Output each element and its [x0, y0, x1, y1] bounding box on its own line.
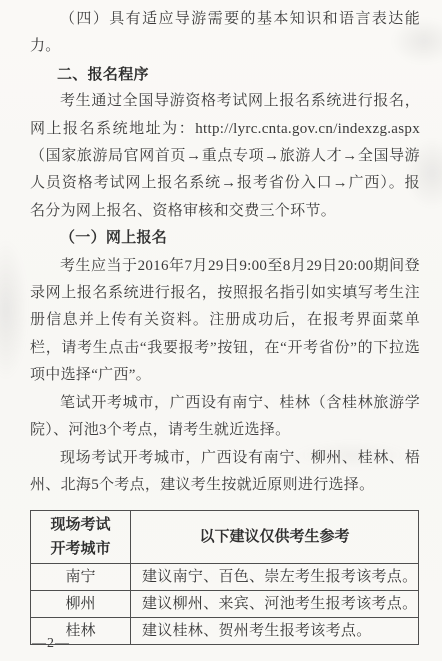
scanned-document-page: （四）具有适应导游需要的基本知识和语言表达能力。 二、报名程序 考生通过全国导游… [0, 0, 442, 661]
paragraph-field-exam-cities: 现场考试开考城市，广西设有南宁、柳州、桂林、梧州、北海5个考点，建议考生按就近原… [30, 445, 420, 500]
table-row: 柳州 建议柳州、来宾、河池考生报考该考点。 [31, 591, 419, 618]
header-cell-advice: 以下建议仅供考生参考 [131, 511, 419, 564]
section-heading-registration-procedure: 二、报名程序 [30, 61, 420, 88]
document-content: （四）具有适应导游需要的基本知识和语言表达能力。 二、报名程序 考生通过全国导游… [0, 0, 442, 645]
clause-item-four: （四）具有适应导游需要的基本知识和语言表达能力。 [30, 6, 420, 61]
city-cell: 柳州 [31, 591, 131, 618]
page-number: —2— [32, 636, 70, 652]
header-exam-city-line2: 开考城市 [50, 540, 110, 557]
table-row: 桂林 建议桂林、贺州考生报考该考点。 [31, 618, 419, 645]
paragraph-registration-system: 考生通过全国导游资格考试网上报名系统进行报名，网上报名系统地址为：http://… [30, 88, 420, 225]
subsection-heading-online-registration: （一）网上报名 [30, 225, 420, 252]
header-cell-exam-city: 现场考试 开考城市 [31, 511, 131, 564]
table-row: 南宁 建议南宁、百色、崇左考生报考该考点。 [31, 564, 419, 591]
exam-city-advice-table: 现场考试 开考城市 以下建议仅供考生参考 南宁 建议南宁、百色、崇左考生报考该考… [30, 510, 419, 645]
header-exam-city-line1: 现场考试 [50, 516, 110, 533]
city-cell: 南宁 [31, 564, 131, 591]
advice-cell: 建议南宁、百色、崇左考生报考该考点。 [131, 564, 419, 591]
paragraph-written-exam-cities: 笔试开考城市，广西设有南宁、桂林（含桂林旅游学院）、河池3个考点，请考生就近选择… [30, 390, 420, 445]
advice-cell: 建议桂林、贺州考生报考该考点。 [131, 618, 419, 645]
paragraph-online-registration-period: 考生应当于2016年7月29日9:00至8月29日20:00期间登录网上报名系统… [30, 253, 420, 390]
table-header-row: 现场考试 开考城市 以下建议仅供考生参考 [31, 511, 419, 564]
advice-cell: 建议柳州、来宾、河池考生报考该考点。 [131, 591, 419, 618]
